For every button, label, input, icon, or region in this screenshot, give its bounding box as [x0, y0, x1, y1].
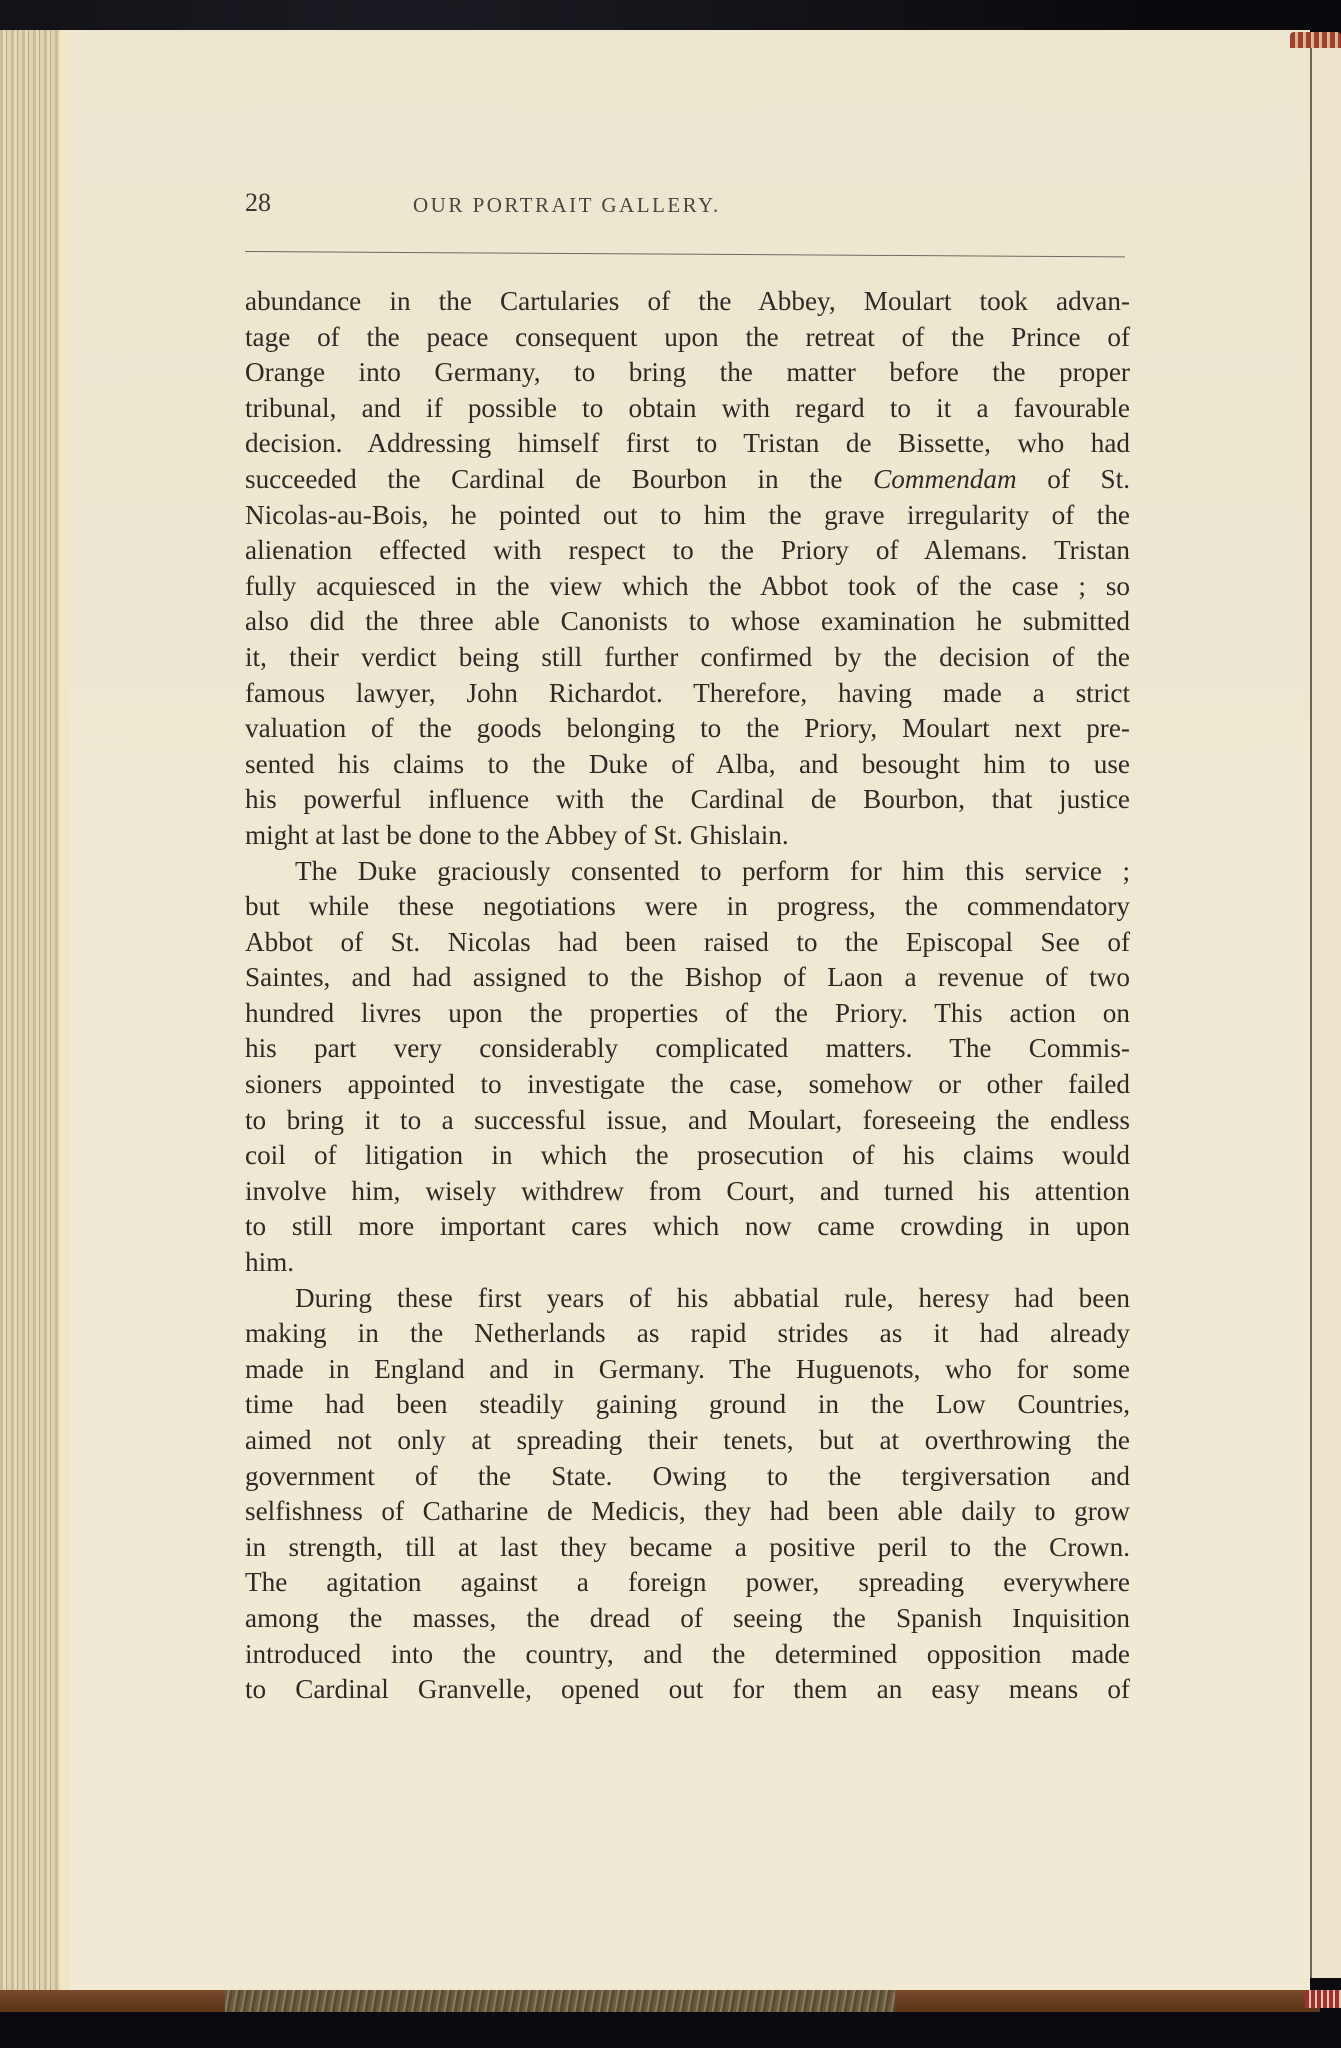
- text-line: Abbot of St. Nicolas had been raised to …: [245, 925, 1130, 961]
- text-line: to bring it to a successful issue, and M…: [245, 1103, 1130, 1139]
- text-line: succeeded the Cardinal de Bourbon in the…: [245, 462, 1130, 498]
- text-line: sented his claims to the Duke of Alba, a…: [245, 747, 1130, 783]
- text-line: to Cardinal Granvelle, opened out for th…: [245, 1672, 1130, 1708]
- text-line: also did the three able Canonists to who…: [245, 604, 1130, 640]
- text-line: tribunal, and if possible to obtain with…: [245, 391, 1130, 427]
- text-line: his powerful influence with the Cardinal…: [245, 782, 1130, 818]
- text-line: During these first years of his abbatial…: [245, 1281, 1130, 1317]
- next-page-edge: [1310, 48, 1341, 1978]
- text-segment: succeeded the Cardinal de Bourbon in the: [245, 464, 873, 494]
- text-line: hundred livres upon the properties of th…: [245, 996, 1130, 1032]
- text-line: it, their verdict being still further co…: [245, 640, 1130, 676]
- worn-cover-strip: [225, 1990, 895, 2012]
- text-line: him.: [245, 1245, 1130, 1281]
- text-line: alienation effected with respect to the …: [245, 533, 1130, 569]
- text-line: decision. Addressing himself first to Tr…: [245, 426, 1130, 462]
- headband-top: [1290, 32, 1341, 48]
- headband-bottom: [1305, 1990, 1341, 2008]
- text-line: made in England and in Germany. The Hugu…: [245, 1352, 1130, 1388]
- text-line: might at last be done to the Abbey of St…: [245, 818, 1130, 854]
- text-line: The agitation against a foreign power, s…: [245, 1565, 1130, 1601]
- text-line: valuation of the goods belonging to the …: [245, 711, 1130, 747]
- text-line: famous lawyer, John Richardot. Therefore…: [245, 676, 1130, 712]
- text-line: Nicolas-au-Bois, he pointed out to him t…: [245, 498, 1130, 534]
- text-line: making in the Netherlands as rapid strid…: [245, 1316, 1130, 1352]
- text-line: Saintes, and had assigned to the Bishop …: [245, 960, 1130, 996]
- running-title: OUR PORTRAIT GALLERY.: [413, 193, 721, 218]
- text-line: fully acquiesced in the view which the A…: [245, 569, 1130, 605]
- page-number: 28: [245, 188, 271, 218]
- text-line: coil of litigation in which the prosecut…: [245, 1138, 1130, 1174]
- body-text: abundance in the Cartularies of the Abbe…: [245, 284, 1130, 1708]
- text-line: tage of the peace consequent upon the re…: [245, 320, 1130, 356]
- text-line: aimed not only at spreading their tenets…: [245, 1423, 1130, 1459]
- text-line: selfishness of Catharine de Medicis, the…: [245, 1494, 1130, 1530]
- text-line: involve him, wisely withdrew from Court,…: [245, 1174, 1130, 1210]
- text-line: but while these negotiations were in pro…: [245, 889, 1130, 925]
- text-line: government of the State. Owing to the te…: [245, 1459, 1130, 1495]
- text-line: The Duke graciously consented to perform…: [245, 854, 1130, 890]
- text-line: time had been steadily gaining ground in…: [245, 1387, 1130, 1423]
- text-line: in strength, till at last they became a …: [245, 1530, 1130, 1566]
- text-line: among the masses, the dread of seeing th…: [245, 1601, 1130, 1637]
- text-line: Orange into Germany, to bring the matter…: [245, 355, 1130, 391]
- text-line: sioners appointed to investigate the cas…: [245, 1067, 1130, 1103]
- dark-background-bottom: [0, 2012, 1341, 2048]
- text-line: his part very considerably complicated m…: [245, 1031, 1130, 1067]
- text-line: introduced into the country, and the det…: [245, 1637, 1130, 1673]
- text-segment: of St.: [1017, 464, 1130, 494]
- text-line: abundance in the Cartularies of the Abbe…: [245, 284, 1130, 320]
- italic-term: Commendam: [873, 464, 1016, 494]
- text-line: to still more important cares which now …: [245, 1209, 1130, 1245]
- book-cover-bottom: [0, 1990, 1320, 2014]
